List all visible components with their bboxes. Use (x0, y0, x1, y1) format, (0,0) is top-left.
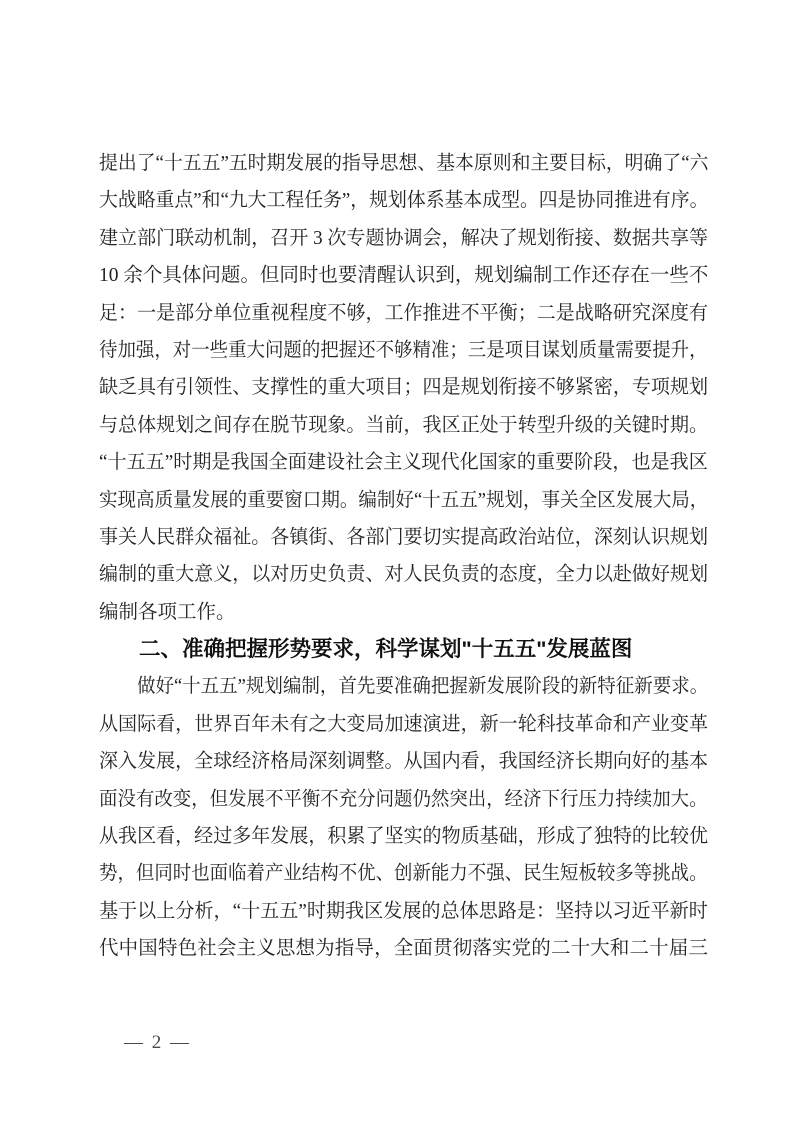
body-line: 足：一是部分单位重视程度不够，工作推进不平衡；二是战略研究深度有 (99, 295, 693, 332)
body-line: 提出了“十五五”五时期发展的指导思想、基本原则和主要目标，明确了“六 (99, 145, 688, 182)
body-line: 势，但同时也面临着产业结构不优、创新能力不强、民生短板较多等挑战。 (99, 855, 675, 892)
body-line: 深入发展，全球经济格局深刻调整。从国内看，我国经济长期向好的基本 (99, 743, 693, 780)
body-line: 事关人民群众福祉。各镇街、各部门要切实提高政治站位，深刻认识规划 (99, 519, 693, 556)
body-line: 大战略重点”和“九大工程任务”，规划体系基本成型。四是协同推进有序。 (99, 182, 688, 219)
body-line: 面没有改变，但发展不平衡不充分问题仍然突出，经济下行压力持续加大。 (99, 781, 675, 818)
body-line: 实现高质量发展的重要窗口期。编制好“十五五”规划，事关全区发展大局， (99, 482, 678, 519)
body-line: 代中国特色社会主义思想为指导，全面贯彻落实党的二十大和二十届三 (99, 930, 708, 967)
body-line: 基于以上分析，“十五五”时期我区发展的总体思路是：坚持以习近平新时 (99, 893, 695, 930)
body-line: 与总体规划之间存在脱节现象。当前，我区正处于转型升级的关键时期。 (99, 407, 693, 444)
body-line: 从国际看，世界百年未有之大变局加速演进，新一轮科技革命和产业变革 (99, 706, 693, 743)
body-line: 建立部门联动机制，召开 3 次专题协调会，解决了规划衔接、数据共享等 (99, 220, 693, 257)
body-line: “十五五”时期是我国全面建设社会主义现代化国家的重要阶段，也是我区 (99, 444, 695, 481)
body-line: 缺乏具有引领性、支撑性的重大项目；四是规划衔接不够紧密，专项规划 (99, 369, 693, 406)
page-number: — 2 — (124, 1031, 191, 1055)
body-line: 做好“十五五”规划编制，首先要准确把握新发展阶段的新特征新要求。 (99, 668, 677, 705)
body-line: 编制的重大意义，以对历史负责、对人民负责的态度，全力以赴做好规划 (99, 556, 693, 593)
section-heading: 二、准确把握形势要求，科学谋划"十五五"发展蓝图 (99, 631, 708, 668)
document-page: 提出了“十五五”五时期发展的指导思想、基本原则和主要目标，明确了“六 大战略重点… (0, 0, 793, 1122)
body-line: 10 余个具体问题。但同时也要清醒认识到，规划编制工作还存在一些不 (99, 257, 708, 294)
body-line: 编制各项工作。 (99, 594, 708, 631)
body-line: 待加强，对一些重大问题的把握还不够精准；三是项目谋划质量需要提升， (99, 332, 675, 369)
body-line: 从我区看，经过多年发展，积累了坚实的物质基础，形成了独特的比较优 (99, 818, 693, 855)
document-body: 提出了“十五五”五时期发展的指导思想、基本原则和主要目标，明确了“六 大战略重点… (99, 145, 708, 968)
